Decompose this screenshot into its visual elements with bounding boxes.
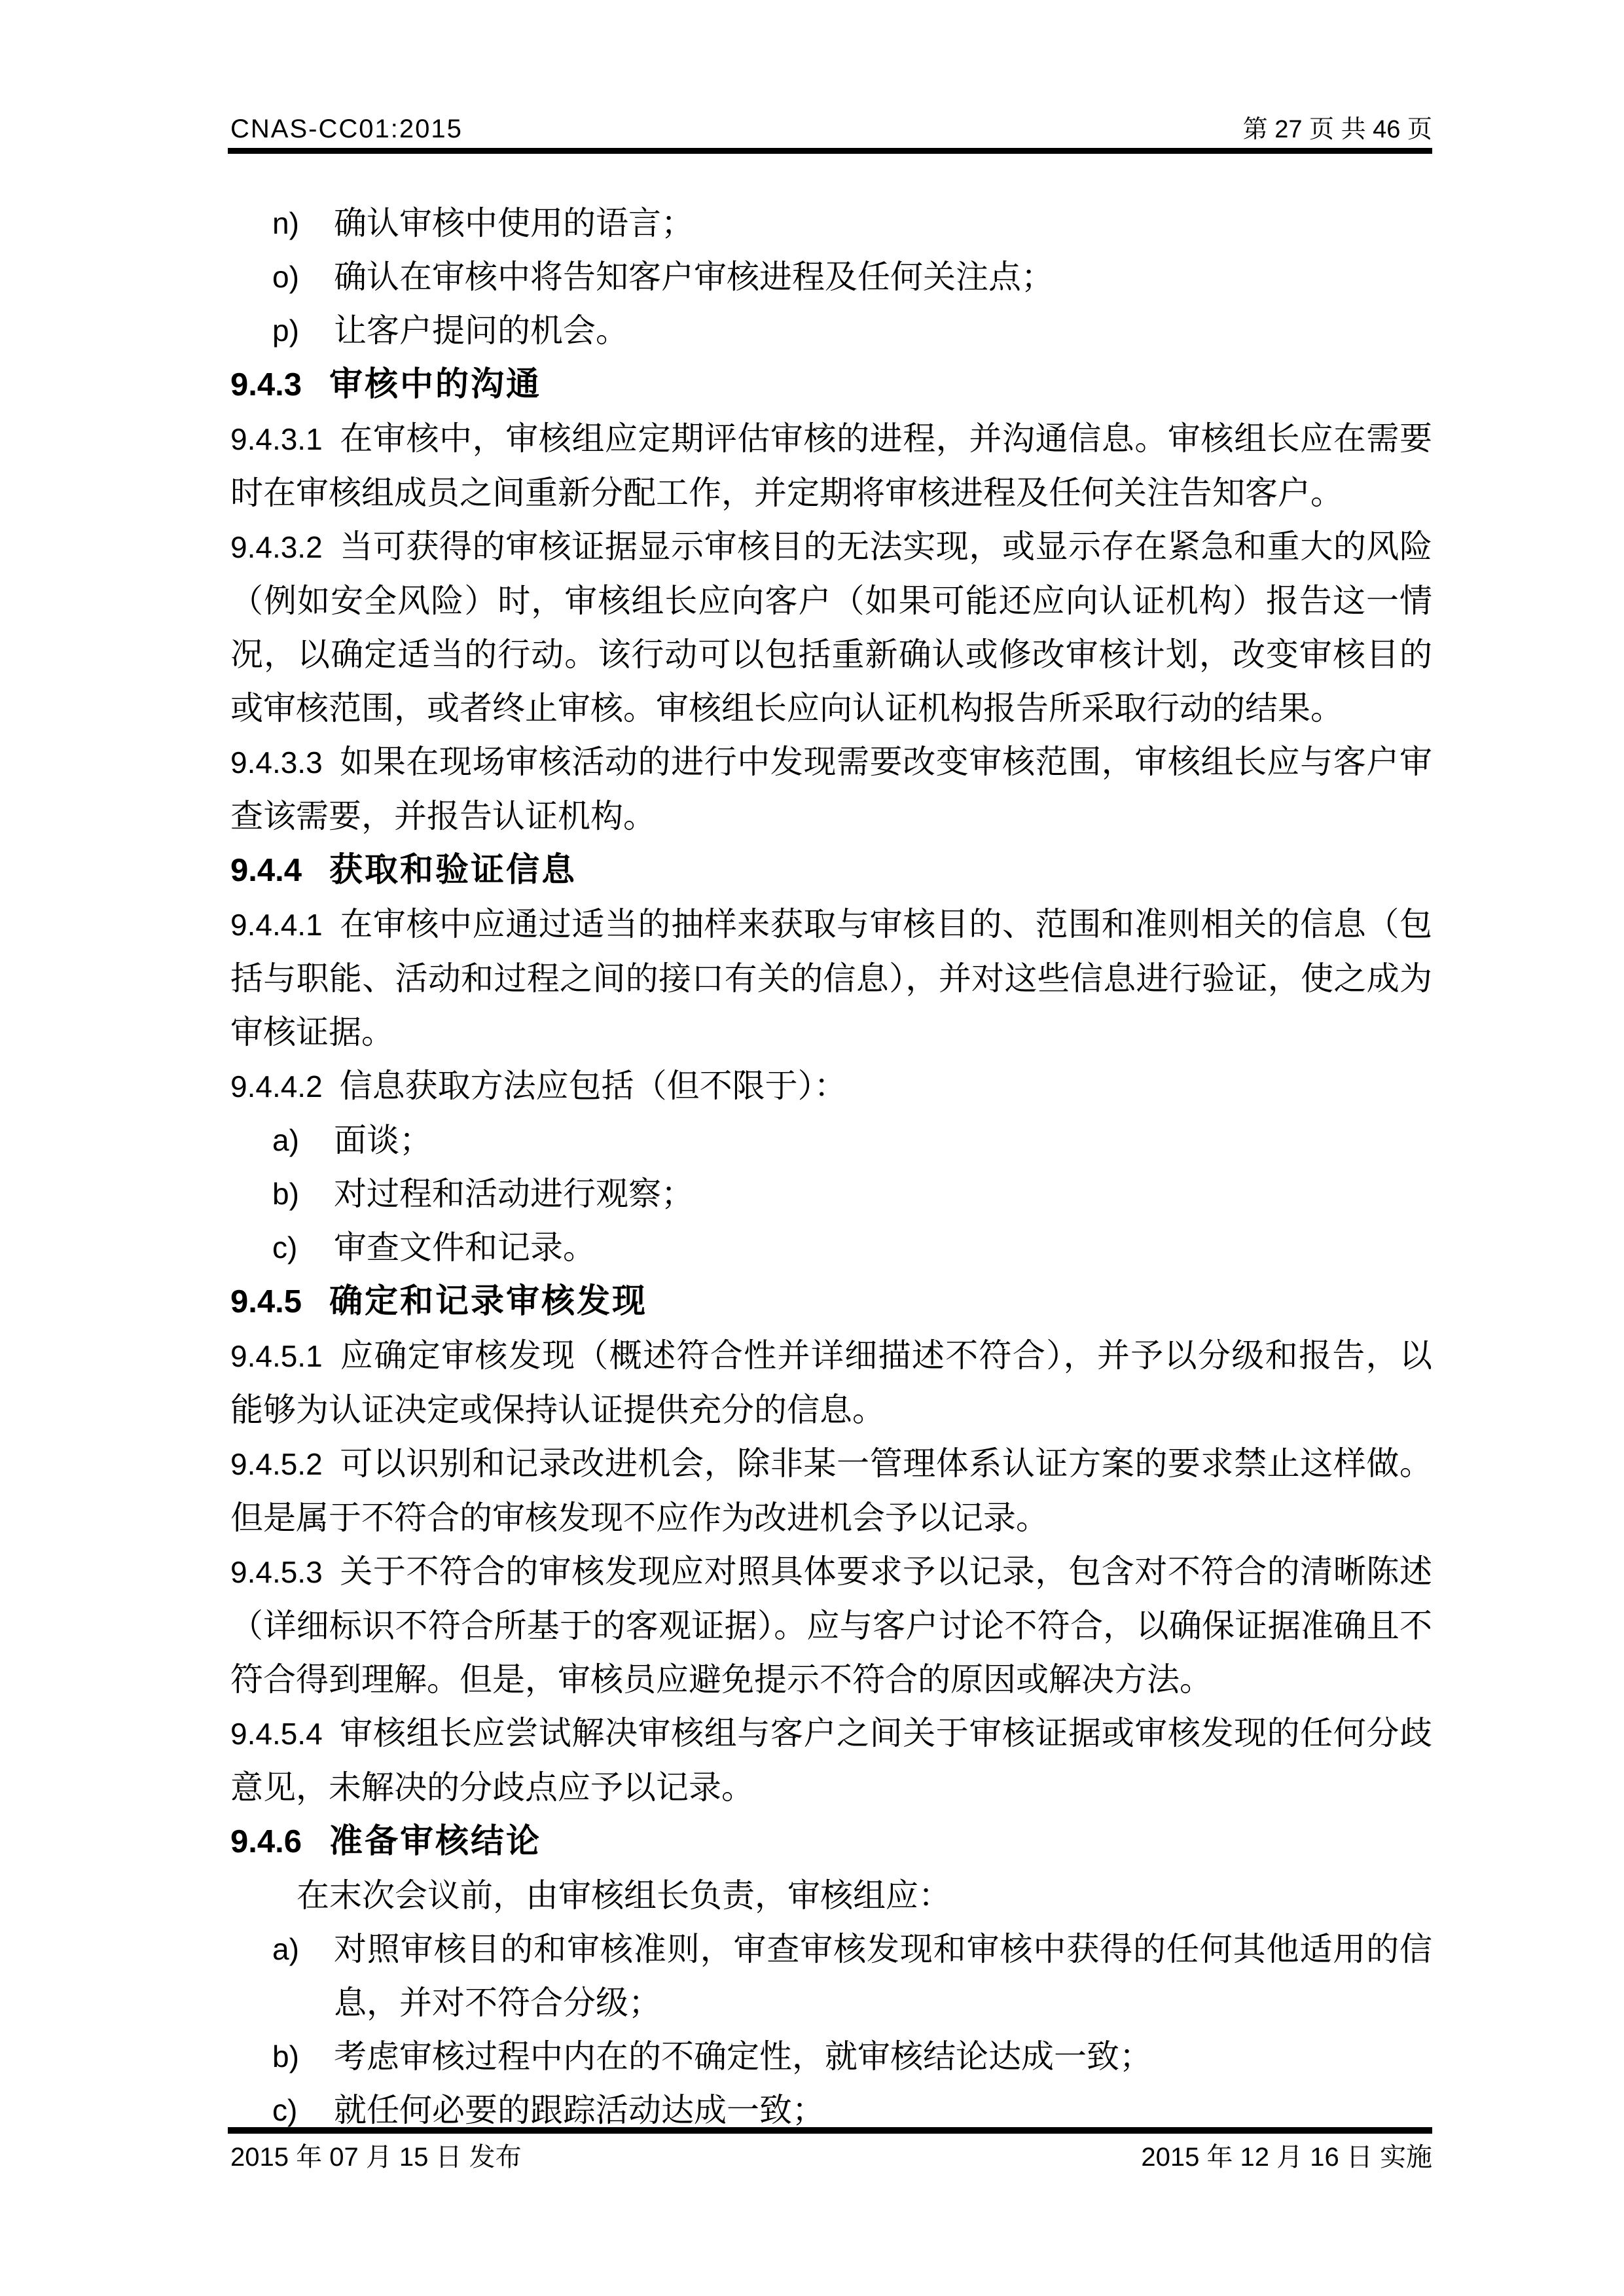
paragraph-text: 关于不符合的审核发现应对照具体要求予以记录，包含对不符合的清晰陈述（详细标识不符…: [230, 1553, 1432, 1698]
list-text: 确认在审核中将告知客户审核进程及任何关注点；: [334, 259, 1054, 295]
list-text: 考虑审核过程中内在的不确定性，就审核结论达成一致；: [334, 2038, 1152, 2075]
implementation-date: 2015 年 12 月 16 日 实施: [1141, 2136, 1432, 2174]
clause-number: 9.4.5.4: [230, 1717, 323, 1751]
clause-number: 9.4.4: [230, 853, 302, 888]
clause-number: 9.4.3: [230, 367, 302, 403]
paragraph: 9.4.3.2当可获得的审核证据显示审核目的无法实现，或显示存在紧急和重大的风险…: [230, 520, 1432, 735]
header-rule: [228, 148, 1432, 154]
paragraph-text: 信息获取方法应包括（但不限于）：: [340, 1067, 847, 1104]
issue-date: 2015 年 07 月 15 日 发布: [230, 2136, 522, 2174]
list-label: b): [272, 1167, 299, 1221]
list-item: o)确认在审核中将告知客户审核进程及任何关注点；: [230, 250, 1432, 304]
list-label: c): [272, 1221, 297, 1274]
list-label: n): [272, 196, 299, 250]
document-code: CNAS-CC01:2015: [230, 115, 463, 144]
list-item: a)对照审核目的和审核准则，审查审核发现和审核中获得的任何其他适用的信息，并对不…: [230, 1922, 1432, 2030]
clause-number: 9.4.5.1: [230, 1339, 323, 1373]
paragraph-text: 当可获得的审核证据显示审核目的无法实现，或显示存在紧急和重大的风险（例如安全风险…: [230, 528, 1432, 726]
paragraph-text: 在审核中应通过适当的抽样来获取与审核目的、范围和准则相关的信息（包括与职能、活动…: [230, 906, 1432, 1050]
page-number-info: 第 27 页 共 46 页: [1243, 109, 1432, 145]
list-label: p): [272, 304, 299, 357]
clause-number: 9.4.4.1: [230, 908, 323, 942]
list-item: n)确认审核中使用的语言；: [230, 196, 1432, 250]
list-label: a): [272, 1922, 299, 1976]
paragraph: 9.4.5.3关于不符合的审核发现应对照具体要求予以记录，包含对不符合的清晰陈述…: [230, 1545, 1432, 1706]
paragraph-text: 应确定审核发现（概述符合性并详细描述不符合），并予以分级和报告，以能够为认证决定…: [230, 1337, 1432, 1428]
list-item: c)审查文件和记录。: [230, 1221, 1432, 1274]
list-text: 面谈；: [334, 1122, 432, 1158]
paragraph-text: 审核组长应尝试解决审核组与客户之间关于审核证据或审核发现的任何分歧意见，未解决的…: [230, 1715, 1432, 1806]
footer-rule: [228, 2127, 1432, 2134]
section-heading: 9.4.5确定和记录审核发现: [230, 1274, 1432, 1329]
paragraph: 9.4.5.4审核组长应尝试解决审核组与客户之间关于审核证据或审核发现的任何分歧…: [230, 1706, 1432, 1814]
list-item: b)对过程和活动进行观察；: [230, 1167, 1432, 1221]
list-text: 确认审核中使用的语言；: [334, 205, 694, 242]
section-heading: 9.4.3审核中的沟通: [230, 357, 1432, 412]
list-label: a): [272, 1113, 299, 1167]
paragraph: 9.4.3.1在审核中，审核组应定期评估审核的进程，并沟通信息。审核组长应在需要…: [230, 412, 1432, 520]
list-item: b)考虑审核过程中内在的不确定性，就审核结论达成一致；: [230, 2030, 1432, 2083]
clause-number: 9.4.3.3: [230, 745, 323, 780]
heading-title: 审核中的沟通: [329, 365, 541, 403]
paragraph-text: 如果在现场审核活动的进行中发现需要改变审核范围，审核组长应与客户审查该需要，并报…: [230, 744, 1432, 834]
list-text: 对照审核目的和审核准则，审查审核发现和审核中获得的任何其他适用的信息，并对不符合…: [334, 1931, 1432, 2021]
heading-title: 确定和记录审核发现: [329, 1282, 647, 1319]
list-text: 让客户提问的机会。: [334, 312, 628, 349]
list-item: p)让客户提问的机会。: [230, 304, 1432, 357]
clause-number: 9.4.3.2: [230, 530, 323, 564]
document-body: n)确认审核中使用的语言；o)确认在审核中将告知客户审核进程及任何关注点；p)让…: [230, 196, 1432, 2137]
page-header: CNAS-CC01:2015 第 27 页 共 46 页: [230, 109, 1432, 145]
list-text: 对过程和活动进行观察；: [334, 1175, 694, 1212]
clause-number: 9.4.3.1: [230, 422, 323, 456]
paragraph-text: 在末次会议前，由审核组长负责，审核组应：: [297, 1877, 951, 1914]
list-label: o): [272, 250, 299, 304]
document-page: CNAS-CC01:2015 第 27 页 共 46 页 n)确认审核中使用的语…: [0, 0, 1624, 2296]
section-heading: 9.4.6准备审核结论: [230, 1814, 1432, 1869]
list-item: a)面谈；: [230, 1113, 1432, 1167]
paragraph: 9.4.3.3如果在现场审核活动的进行中发现需要改变审核范围，审核组长应与客户审…: [230, 735, 1432, 843]
clause-number: 9.4.5: [230, 1284, 302, 1319]
list-label: b): [272, 2030, 299, 2083]
paragraph: 9.4.5.2可以识别和记录改进机会，除非某一管理体系认证方案的要求禁止这样做。…: [230, 1437, 1432, 1545]
clause-number: 9.4.6: [230, 1824, 302, 1859]
paragraph: 9.4.5.1应确定审核发现（概述符合性并详细描述不符合），并予以分级和报告，以…: [230, 1329, 1432, 1437]
paragraph: 9.4.4.2信息获取方法应包括（但不限于）：: [230, 1059, 1432, 1113]
heading-title: 准备审核结论: [329, 1822, 541, 1859]
paragraph: 9.4.4.1在审核中应通过适当的抽样来获取与审核目的、范围和准则相关的信息（包…: [230, 897, 1432, 1059]
paragraph-text: 在审核中，审核组应定期评估审核的进程，并沟通信息。审核组长应在需要时在审核组成员…: [230, 420, 1432, 511]
clause-number: 9.4.4.2: [230, 1069, 323, 1103]
heading-title: 获取和验证信息: [329, 851, 577, 888]
section-heading: 9.4.4获取和验证信息: [230, 843, 1432, 897]
list-text: 审查文件和记录。: [334, 1229, 596, 1266]
clause-number: 9.4.5.2: [230, 1447, 323, 1481]
clause-number: 9.4.5.3: [230, 1555, 323, 1589]
list-text: 就任何必要的跟踪活动达成一致；: [334, 2092, 825, 2128]
page-footer: 2015 年 07 月 15 日 发布 2015 年 12 月 16 日 实施: [230, 2136, 1432, 2174]
paragraph: 在末次会议前，由审核组长负责，审核组应：: [230, 1869, 1432, 1922]
paragraph-text: 可以识别和记录改进机会，除非某一管理体系认证方案的要求禁止这样做。但是属于不符合…: [230, 1445, 1432, 1536]
